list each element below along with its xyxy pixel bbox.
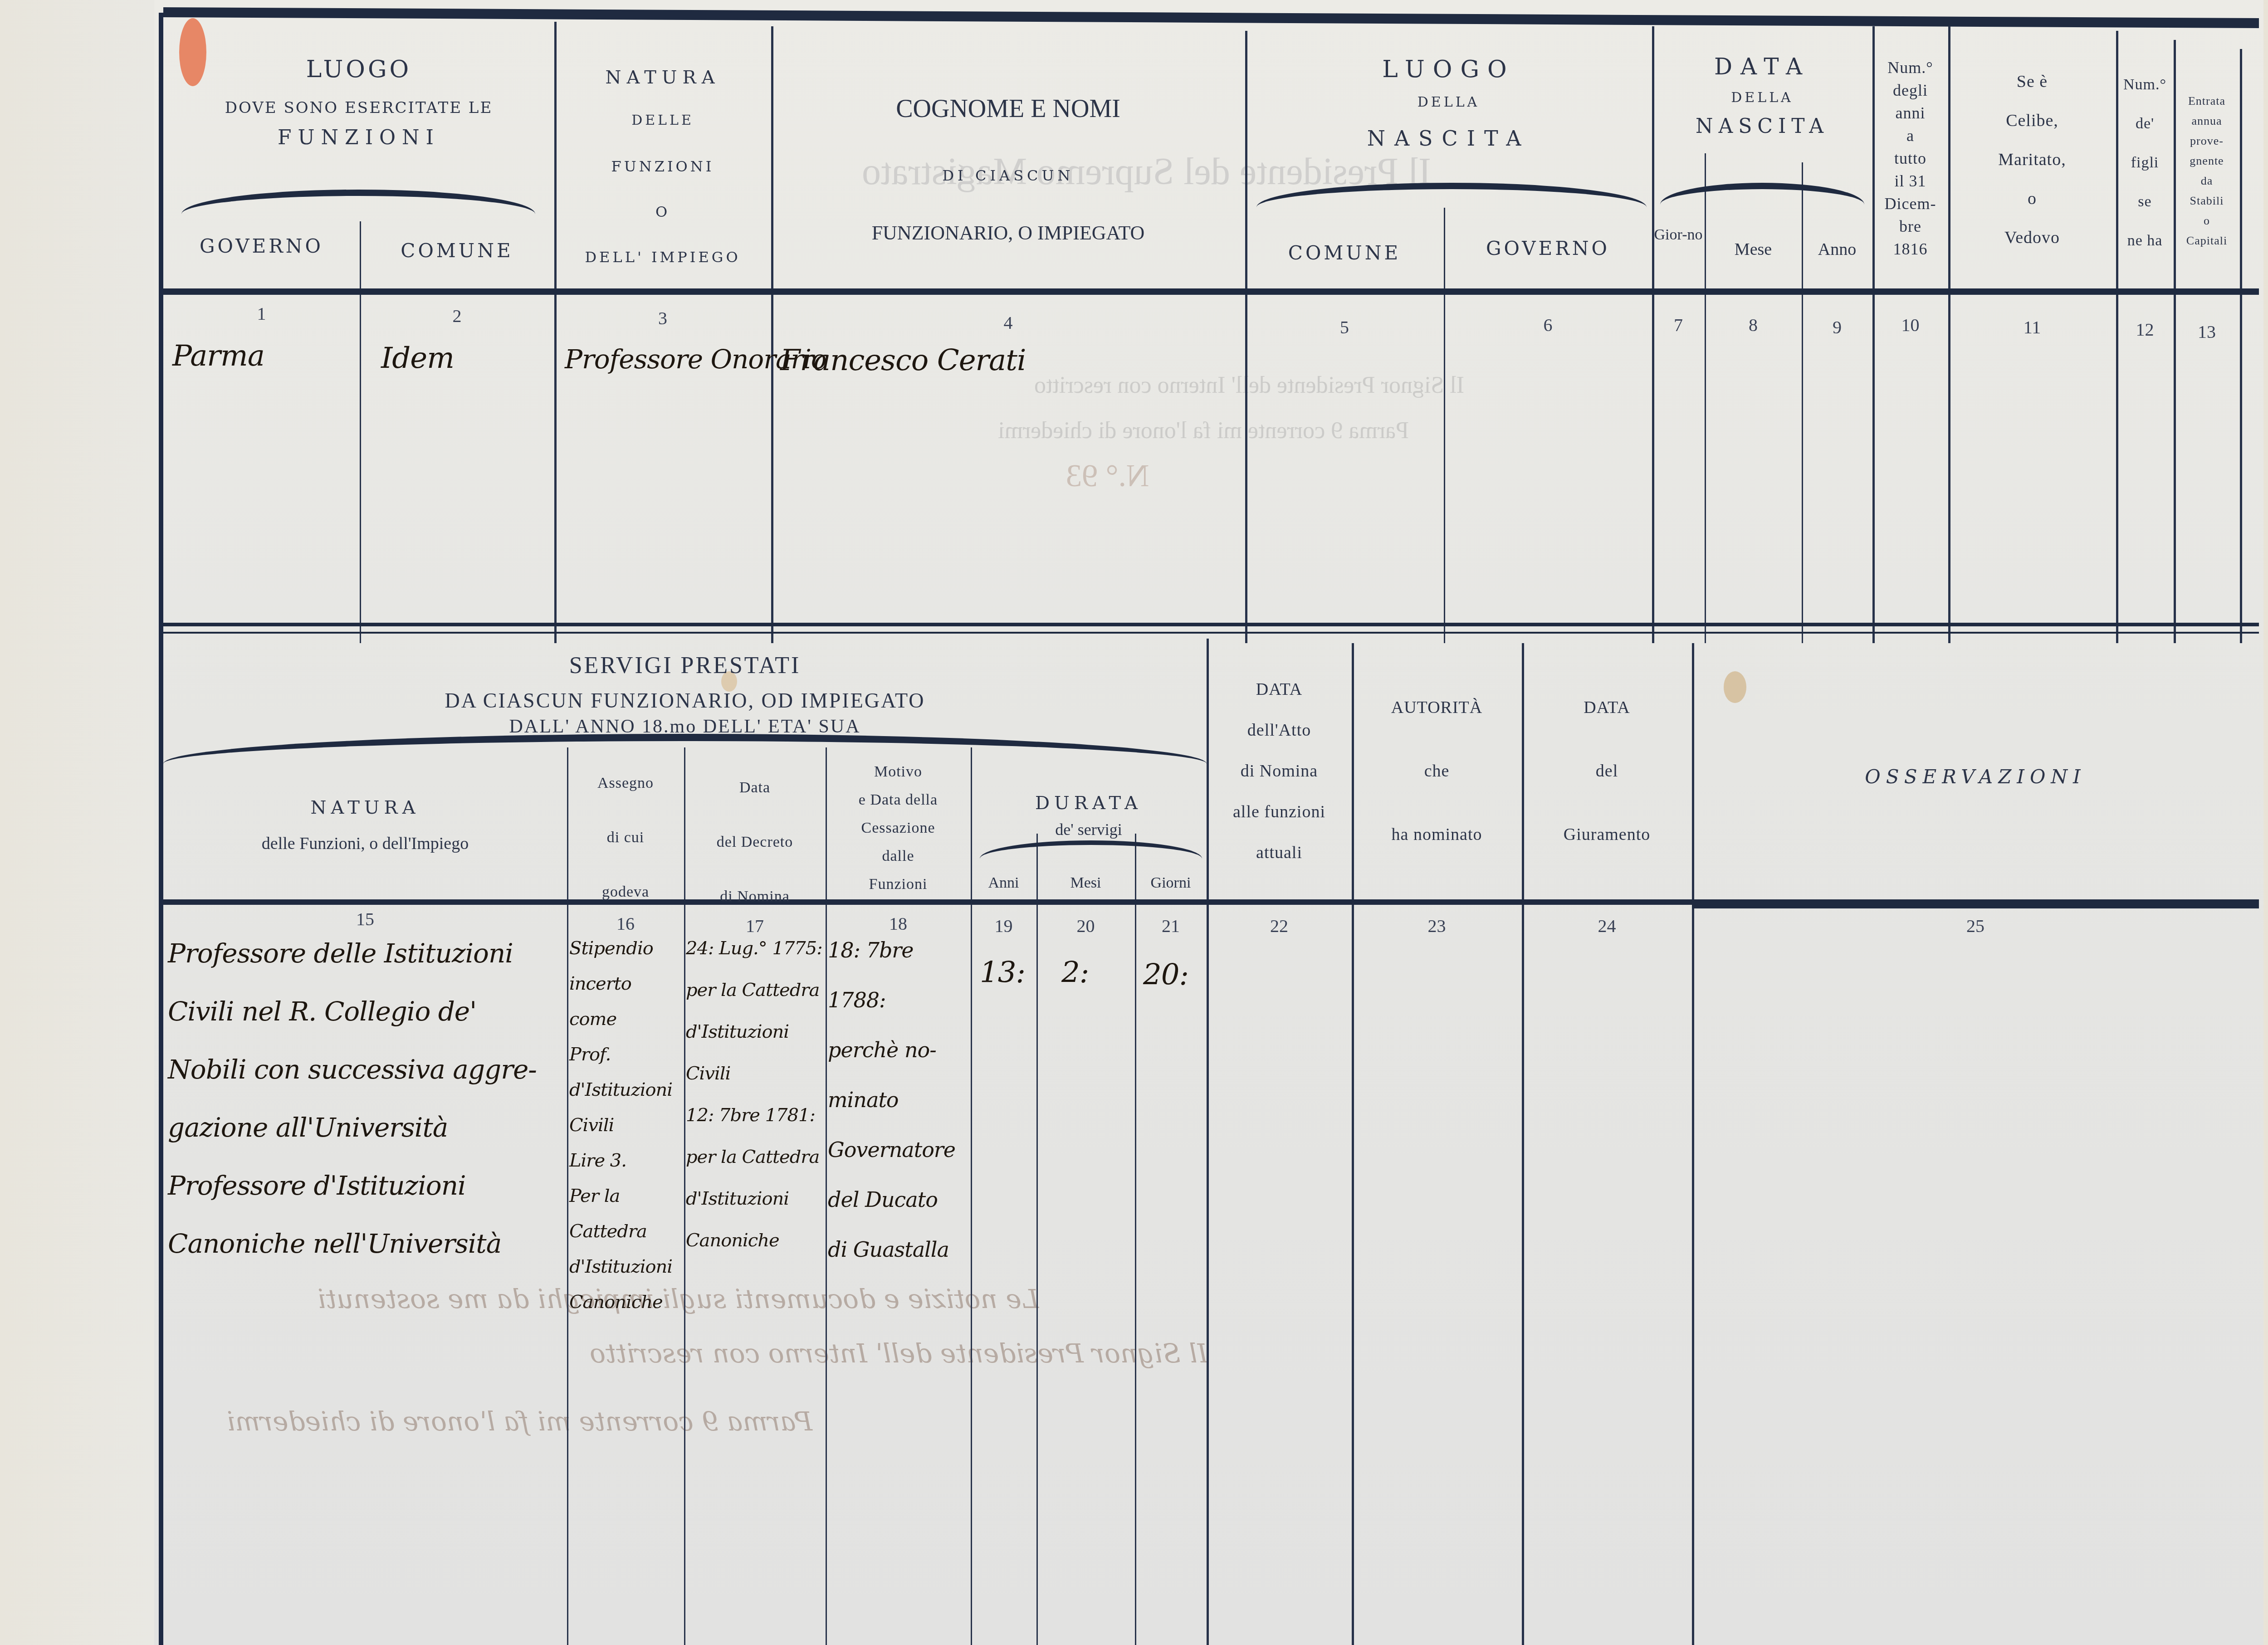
header-line: Se è [1948,72,2116,92]
column-number: 19 [971,915,1036,937]
subheader-governo: GOVERNO [163,235,360,257]
background-surface [2263,0,2268,1645]
header-line: tutto [1872,149,1948,168]
header-line: Data [684,779,826,796]
handwritten-line: Stipendio [569,938,653,959]
handwritten-line: per la Cattedra [686,980,819,1001]
column-number: 18 [826,913,971,934]
header-line: da [2174,174,2240,188]
section-divider [163,623,2259,626]
subheader-anno: Anno [1802,239,1872,259]
header-line: di cui [567,829,684,846]
subheader-mesi: Mesi [1036,874,1135,892]
column-number: 23 [1352,915,1522,937]
header-line: prove- [2174,134,2240,148]
subheader-governo: GOVERNO [1444,237,1652,259]
column-number: 24 [1522,915,1692,937]
header-line: ne ha [2116,232,2174,249]
header-line: di Nomina [684,888,826,905]
column-divider [1207,639,1209,1645]
header-natura-funzioni-line: delle Funzioni, o dell'Impiego [163,834,567,854]
column-divider [1705,153,1706,643]
entry-nome: Francesco Cerati [780,344,1026,377]
header-natura: NATURA [554,67,771,88]
column-number: 1 [163,303,360,324]
column-number: 21 [1135,915,1207,937]
header-line: gnente [2174,154,2240,168]
handwritten-line: 18: 7bre [828,938,914,962]
column-number: 2 [360,305,554,327]
header-line: Capitali [2174,234,2240,248]
handwritten-line: minato [828,1088,899,1112]
handwritten-line: d'Istituzioni [686,1021,789,1042]
header-line: o [2174,214,2240,228]
brace-ornament [980,840,1202,859]
header-data-nascita-line: NASCITA [1652,115,1872,138]
header-line: il 31 [1872,171,1948,190]
handwritten-line: Prof. [569,1044,611,1065]
servigi-title: SERVIGI PRESTATI [163,652,1207,679]
header-line: Giuramento [1522,825,1692,844]
header-line: figli [2116,154,2174,171]
header-line: Celibe, [1948,111,2116,131]
header-natura-line: O [554,203,771,220]
column-divider [2240,49,2242,643]
handwritten-line: Professore d'Istituzioni [168,1170,466,1201]
header-data-nascita-line: DELLA [1652,90,1872,106]
header-luogo-sub: DOVE SONO ESERCITATE LE [163,99,554,117]
header-line: alle funzioni [1207,802,1352,822]
column-divider [684,747,685,1645]
column-divider [1692,643,1694,1645]
column-number: 7 [1652,314,1705,336]
entry-durata-mesi: 2: [1061,956,1089,990]
brace-ornament [1256,183,1647,207]
header-line: Stabili [2174,194,2240,208]
handwritten-line: d'Istituzioni [569,1256,672,1277]
header-line: dalle [826,848,971,865]
brace-ornament [181,190,535,214]
handwritten-line: perchè no- [828,1038,936,1062]
header-line: o [1948,189,2116,209]
handwritten-line: d'Istituzioni [686,1188,789,1209]
header-line: del Decreto [684,834,826,851]
header-line: dell'Atto [1207,720,1352,740]
column-number: 17 [684,915,826,937]
column-number: 9 [1802,317,1872,338]
handwritten-line: Nobili con successiva aggre- [168,1054,537,1085]
entry-durata-giorni: 20: [1143,958,1188,992]
header-cognome: COGNOME E NOMI [771,94,1245,123]
header-rule [163,288,2259,295]
header-cognome-line: FUNZIONARIO, O IMPIEGATO [771,221,1245,244]
column-divider [1135,834,1136,1645]
subheader-comune: COMUNE [1245,242,1444,264]
header-line: Dicem- [1872,194,1948,213]
handwritten-line: Governatore [828,1137,955,1162]
register-form: LUOGO DOVE SONO ESERCITATE LE FUNZIONI G… [159,13,2263,1645]
header-line: godeva [567,884,684,901]
column-divider [1036,834,1038,1645]
header-line: e Data della [826,791,971,809]
header-line: a [1872,126,1948,145]
handwritten-line: Lire 3. [569,1150,626,1171]
header-line: AUTORITÀ [1352,698,1522,718]
header-luogo-nascita-line: NASCITA [1245,126,1652,151]
subheader-comune: COMUNE [360,239,554,262]
column-number: 11 [1948,317,2116,338]
brace-ornament [1660,183,1864,205]
handwritten-line: Canoniche [686,1230,779,1251]
handwritten-line: per la Cattedra [686,1147,819,1167]
entry-durata-anni: 13: [980,956,1025,990]
column-divider [1522,643,1524,1645]
handwritten-line: di Guastalla [828,1237,949,1262]
subheader-giorni: Giorni [1135,874,1207,892]
header-line: Motivo [826,763,971,781]
handwritten-line: come [569,1009,616,1030]
header-natura-line: FUNZIONI [554,158,771,175]
subheader-anni: Anni [971,874,1036,892]
handwritten-line: Cattedra [569,1221,647,1242]
header-line: Num.° [2116,76,2174,93]
header-line: Entrata [2174,94,2240,108]
header-natura-funzioni: NATURA [163,797,567,818]
handwritten-line: Canoniche nell'Università [168,1228,501,1259]
osservazioni-rule [1692,904,2259,908]
header-line: Assegno [567,775,684,792]
column-number: 8 [1705,314,1802,336]
header-line: Vedovo [1948,228,2116,248]
header-durata: DURATA [971,793,1207,814]
column-divider [1352,643,1354,1645]
handwritten-line: Per la [569,1186,620,1206]
header-line: Funzioni [826,876,971,893]
column-number: 5 [1245,317,1444,338]
header-line: Cessazione [826,820,971,837]
header-data-nascita: DATA [1652,54,1872,80]
subheader-mese: Mese [1705,239,1802,259]
column-number: 4 [771,312,1245,333]
handwritten-line: Civili [686,1063,730,1084]
section-divider [163,632,2259,634]
column-number: 10 [1872,314,1948,336]
left-margin [0,0,154,1645]
column-divider [567,747,568,1645]
column-divider [1444,208,1445,643]
handwritten-line: Canoniche [569,1292,663,1313]
header-funzioni: FUNZIONI [163,126,554,149]
header-line: se [2116,193,2174,210]
handwritten-line: d'Istituzioni [569,1079,672,1100]
header-line: Num.° [1872,58,1948,77]
column-number: 25 [1692,915,2259,937]
header-luogo-funzioni: LUOGO [163,56,554,83]
column-divider [1802,162,1803,643]
header-line: Maritato, [1948,150,2116,170]
header-line: anni [1872,103,1948,122]
column-number: 13 [2174,321,2240,342]
header-line: ha nominato [1352,825,1522,844]
handwritten-line: Professore delle Istituzioni [168,938,513,969]
column-number: 15 [163,908,567,930]
entry-governo: Parma [172,339,264,373]
column-number: 16 [567,913,684,934]
handwritten-line: 12: 7bre 1781: [686,1105,815,1126]
header-luogo-nascita: LUOGO [1245,56,1652,83]
header-osservazioni: OSSERVAZIONI [1692,766,2259,788]
header-line: de' [2116,115,2174,132]
entry-comune: Idem [381,342,454,375]
column-number: 3 [554,308,771,329]
header-durata-line: de' servigi [971,820,1207,839]
column-divider [360,221,361,643]
header-luogo-nascita-line: DELLA [1245,94,1652,110]
subheader-giorno: Gior-no [1652,226,1705,244]
header-natura-line: DELL' IMPIEGO [554,249,771,266]
header-line: 1816 [1872,239,1948,259]
header-natura-line: DELLE [554,112,771,128]
column-number: 20 [1036,915,1135,937]
header-line: degli [1872,81,1948,100]
servigi-subtitle: DA CIASCUN FUNZIONARIO, OD IMPIEGATO [163,688,1207,713]
handwritten-line: gazione all'Università [168,1112,448,1143]
column-number: 6 [1444,314,1652,336]
header-line: annua [2174,114,2240,128]
header-line: DATA [1522,698,1692,718]
handwritten-line: incerto [569,973,631,994]
handwritten-line: 24: Lug.° 1775: [686,938,822,959]
header-line: attuali [1207,843,1352,863]
header-line: bre [1872,217,1948,236]
header-line: di Nomina [1207,761,1352,781]
header-line: che [1352,761,1522,781]
handwritten-line: 1788: [828,988,886,1012]
column-number: 22 [1207,915,1352,937]
header-line: DATA [1207,679,1352,699]
header-line: del [1522,761,1692,781]
handwritten-line: Civili nel R. Collegio de' [168,996,476,1027]
column-number: 12 [2116,319,2174,340]
header-cognome-line: DI CIASCUN [771,167,1245,184]
handwritten-line: del Ducato [828,1187,938,1212]
handwritten-line: Civili [569,1115,614,1136]
